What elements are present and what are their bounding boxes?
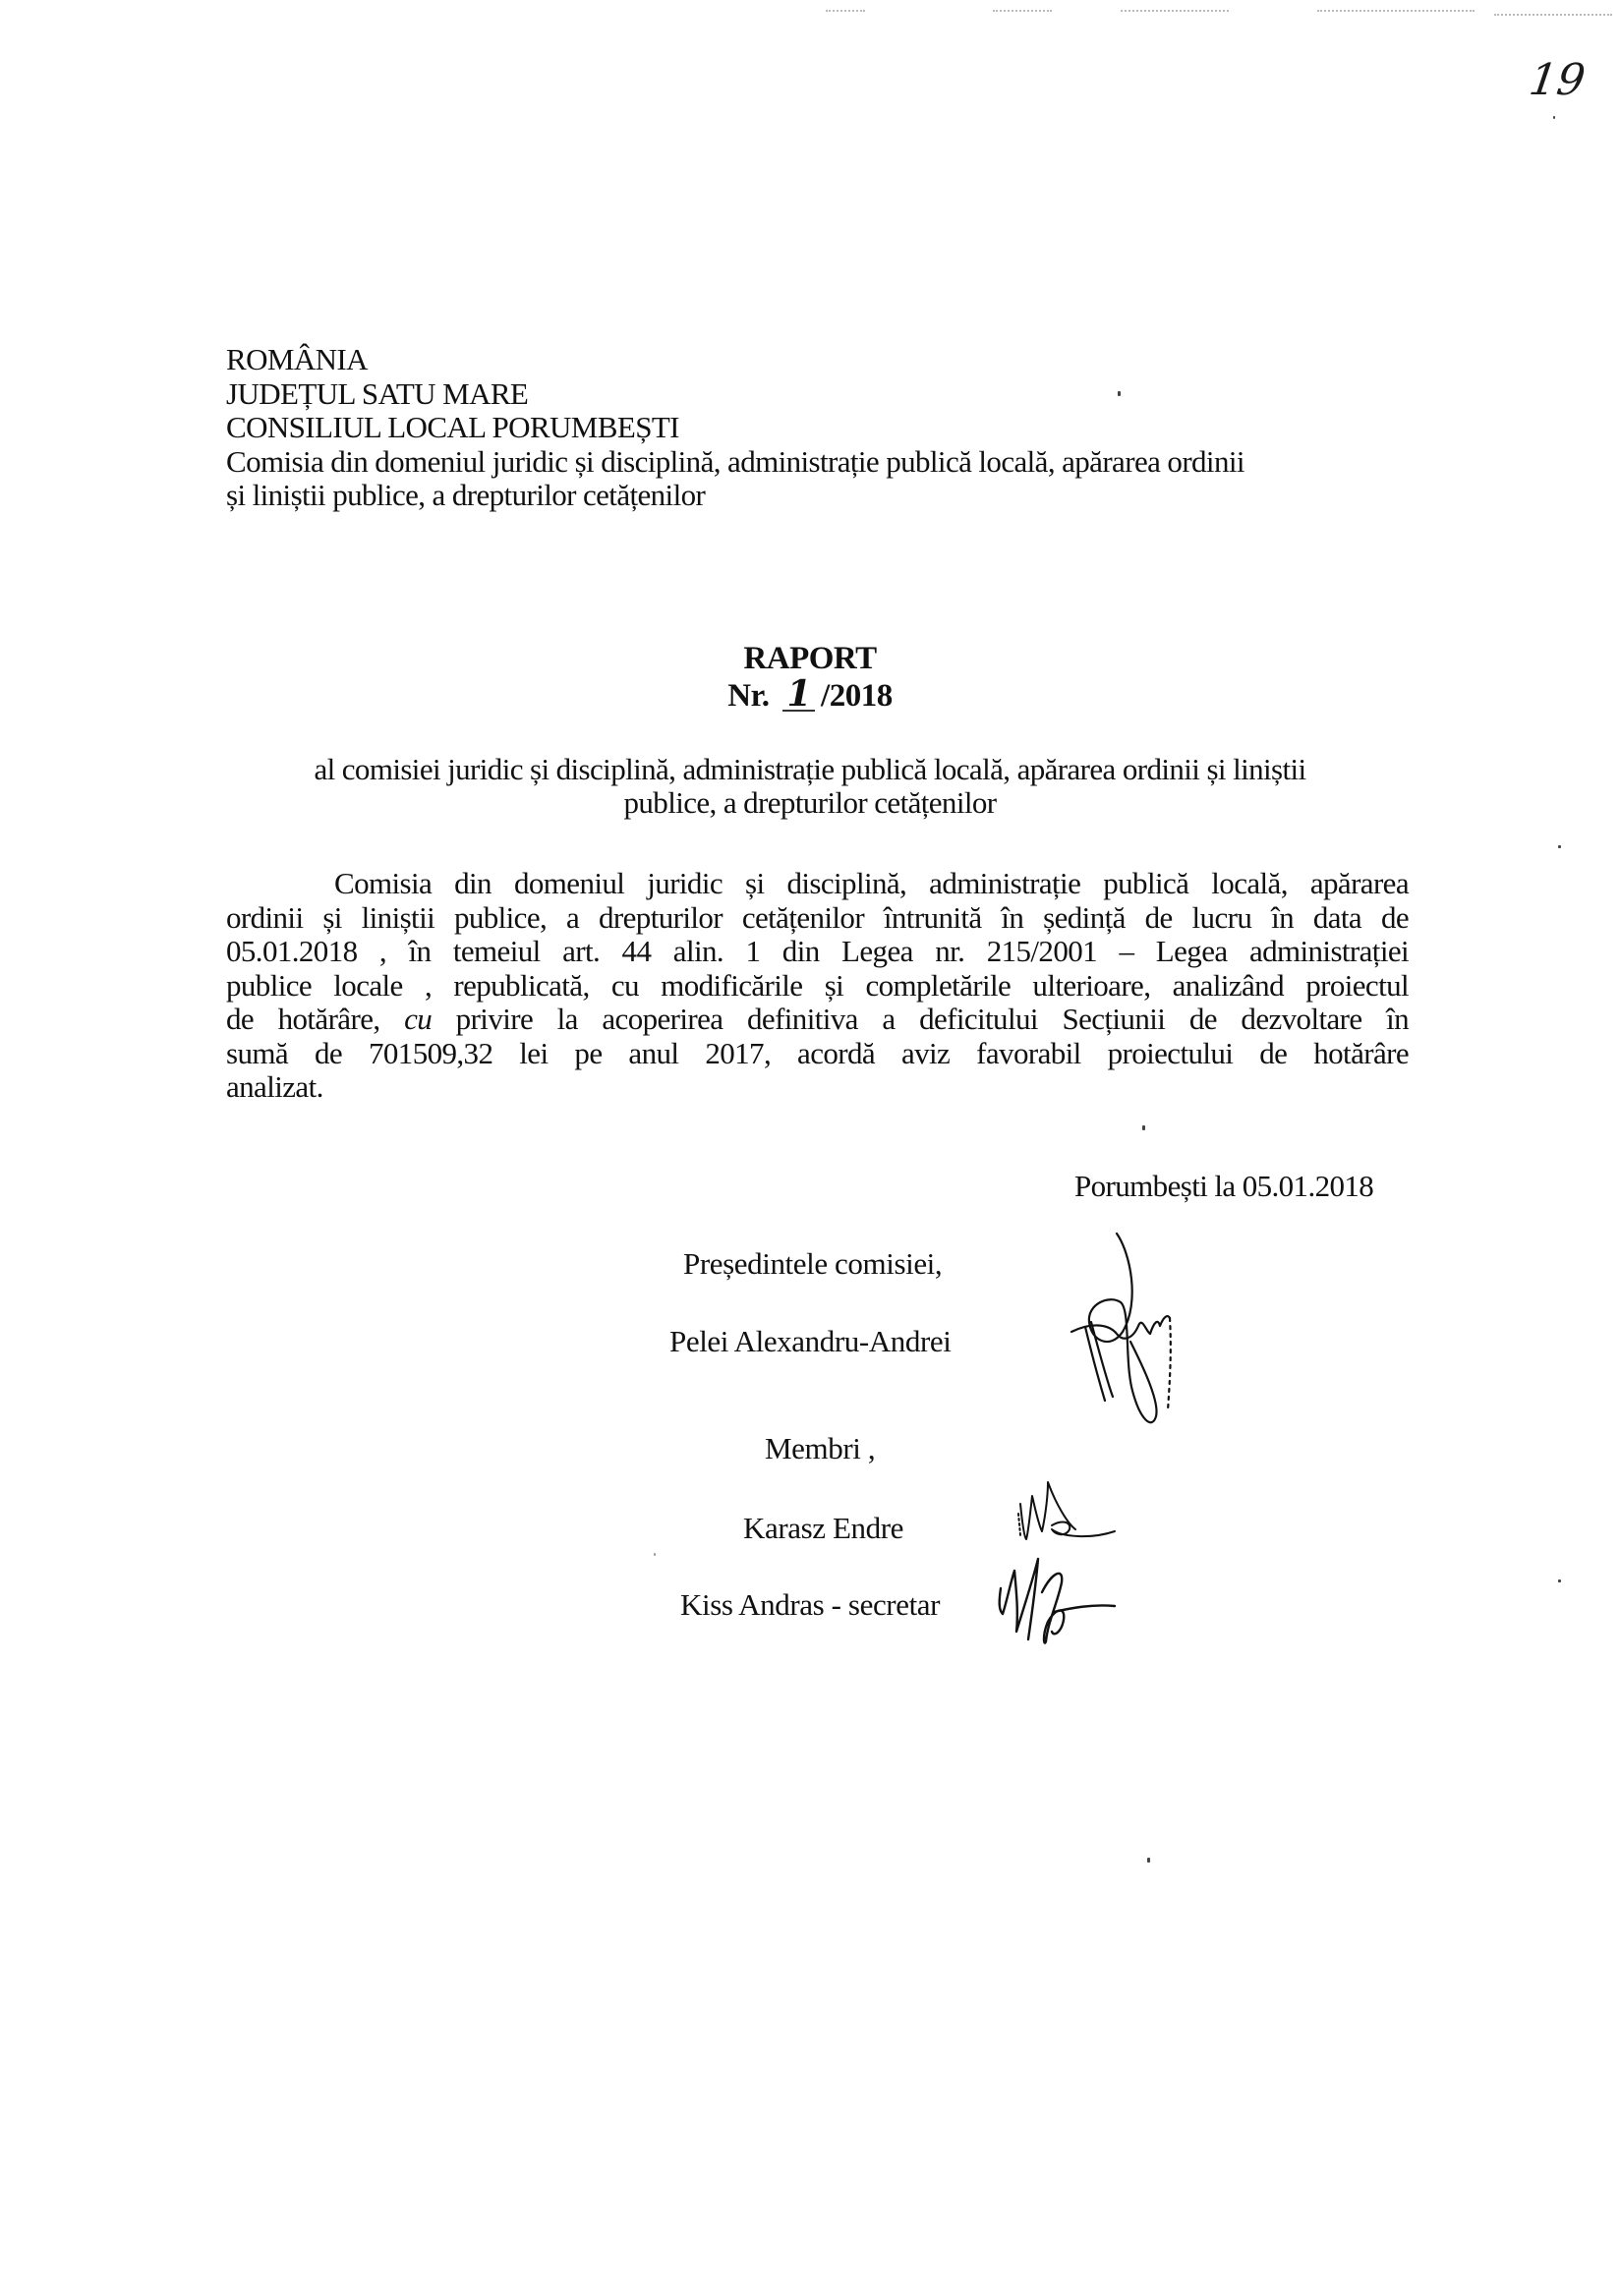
page-number: 19 — [1526, 55, 1588, 105]
scan-artifact — [993, 10, 1052, 14]
subtitle-line: al comisiei juridic și disciplină, admin… — [0, 753, 1620, 786]
body-line: sumă de 701509,32 lei pe anul 2017, acor… — [226, 1037, 1409, 1071]
member-name: Kiss Andras - secretar — [680, 1587, 940, 1623]
report-number-year: /2018 — [821, 678, 893, 714]
header-commission-line2: și liniștii publice, a drepturilor cetăț… — [226, 479, 1244, 513]
scan-speck — [1142, 1125, 1145, 1130]
president-name: Pelei Alexandru-Andrei — [669, 1324, 951, 1359]
member-signature — [993, 1553, 1121, 1651]
member-signature — [1012, 1474, 1121, 1553]
header-commission-line1: Comisia din domeniul juridic și discipli… — [226, 445, 1244, 480]
scan-speck — [1558, 845, 1561, 848]
scan-speck — [1147, 1858, 1150, 1863]
report-body: Comisia din domeniul juridic și discipli… — [226, 867, 1409, 1105]
report-number-handwritten: 1 — [782, 678, 815, 712]
header-council: CONSILIUL LOCAL PORUMBEȘTI — [226, 411, 1244, 445]
subtitle-line: publice, a drepturilor cetățenilor — [0, 786, 1620, 820]
body-line: analizat. — [226, 1070, 1409, 1105]
scan-artifact — [826, 10, 865, 14]
header-country: ROMÂNIA — [226, 343, 1244, 377]
body-line: publice locale , republicată, cu modific… — [226, 969, 1409, 1004]
italic-word: cu — [404, 1002, 432, 1036]
body-line: de hotărâre, cu privire la acoperirea de… — [226, 1003, 1409, 1037]
report-number-prefix: Nr. — [727, 678, 769, 714]
scan-artifact — [1494, 14, 1612, 18]
president-signature — [1062, 1224, 1239, 1440]
scan-artifact — [1317, 10, 1475, 14]
president-title: Președintele comisiei, — [683, 1246, 942, 1282]
document-subtitle: al comisiei juridic și disciplină, admin… — [0, 753, 1620, 820]
document-page: 19 ROMÂNIA JUDEȚUL SATU MARE CONSILIUL L… — [0, 0, 1620, 2296]
members-title: Membri , — [765, 1431, 875, 1466]
place-date: Porumbești la 05.01.2018 — [1074, 1170, 1373, 1203]
body-line: Comisia din domeniul juridic și discipli… — [226, 867, 1409, 901]
report-number: Nr.1/2018 — [0, 678, 1620, 715]
scan-speck — [1553, 116, 1555, 119]
header-county: JUDEȚUL SATU MARE — [226, 377, 1244, 412]
scan-speck — [1118, 391, 1121, 396]
member-name: Karasz Endre — [743, 1511, 903, 1546]
scan-speck — [1558, 1579, 1561, 1582]
document-header: ROMÂNIA JUDEȚUL SATU MARE CONSILIUL LOCA… — [226, 343, 1244, 513]
body-line: 05.01.2018 , în temeiul art. 44 alin. 1 … — [226, 935, 1409, 969]
body-line: ordinii și liniștii publice, a drepturil… — [226, 901, 1409, 936]
scan-speck — [654, 1553, 656, 1556]
scan-artifact — [1121, 10, 1229, 14]
document-title: RAPORT — [0, 641, 1620, 677]
